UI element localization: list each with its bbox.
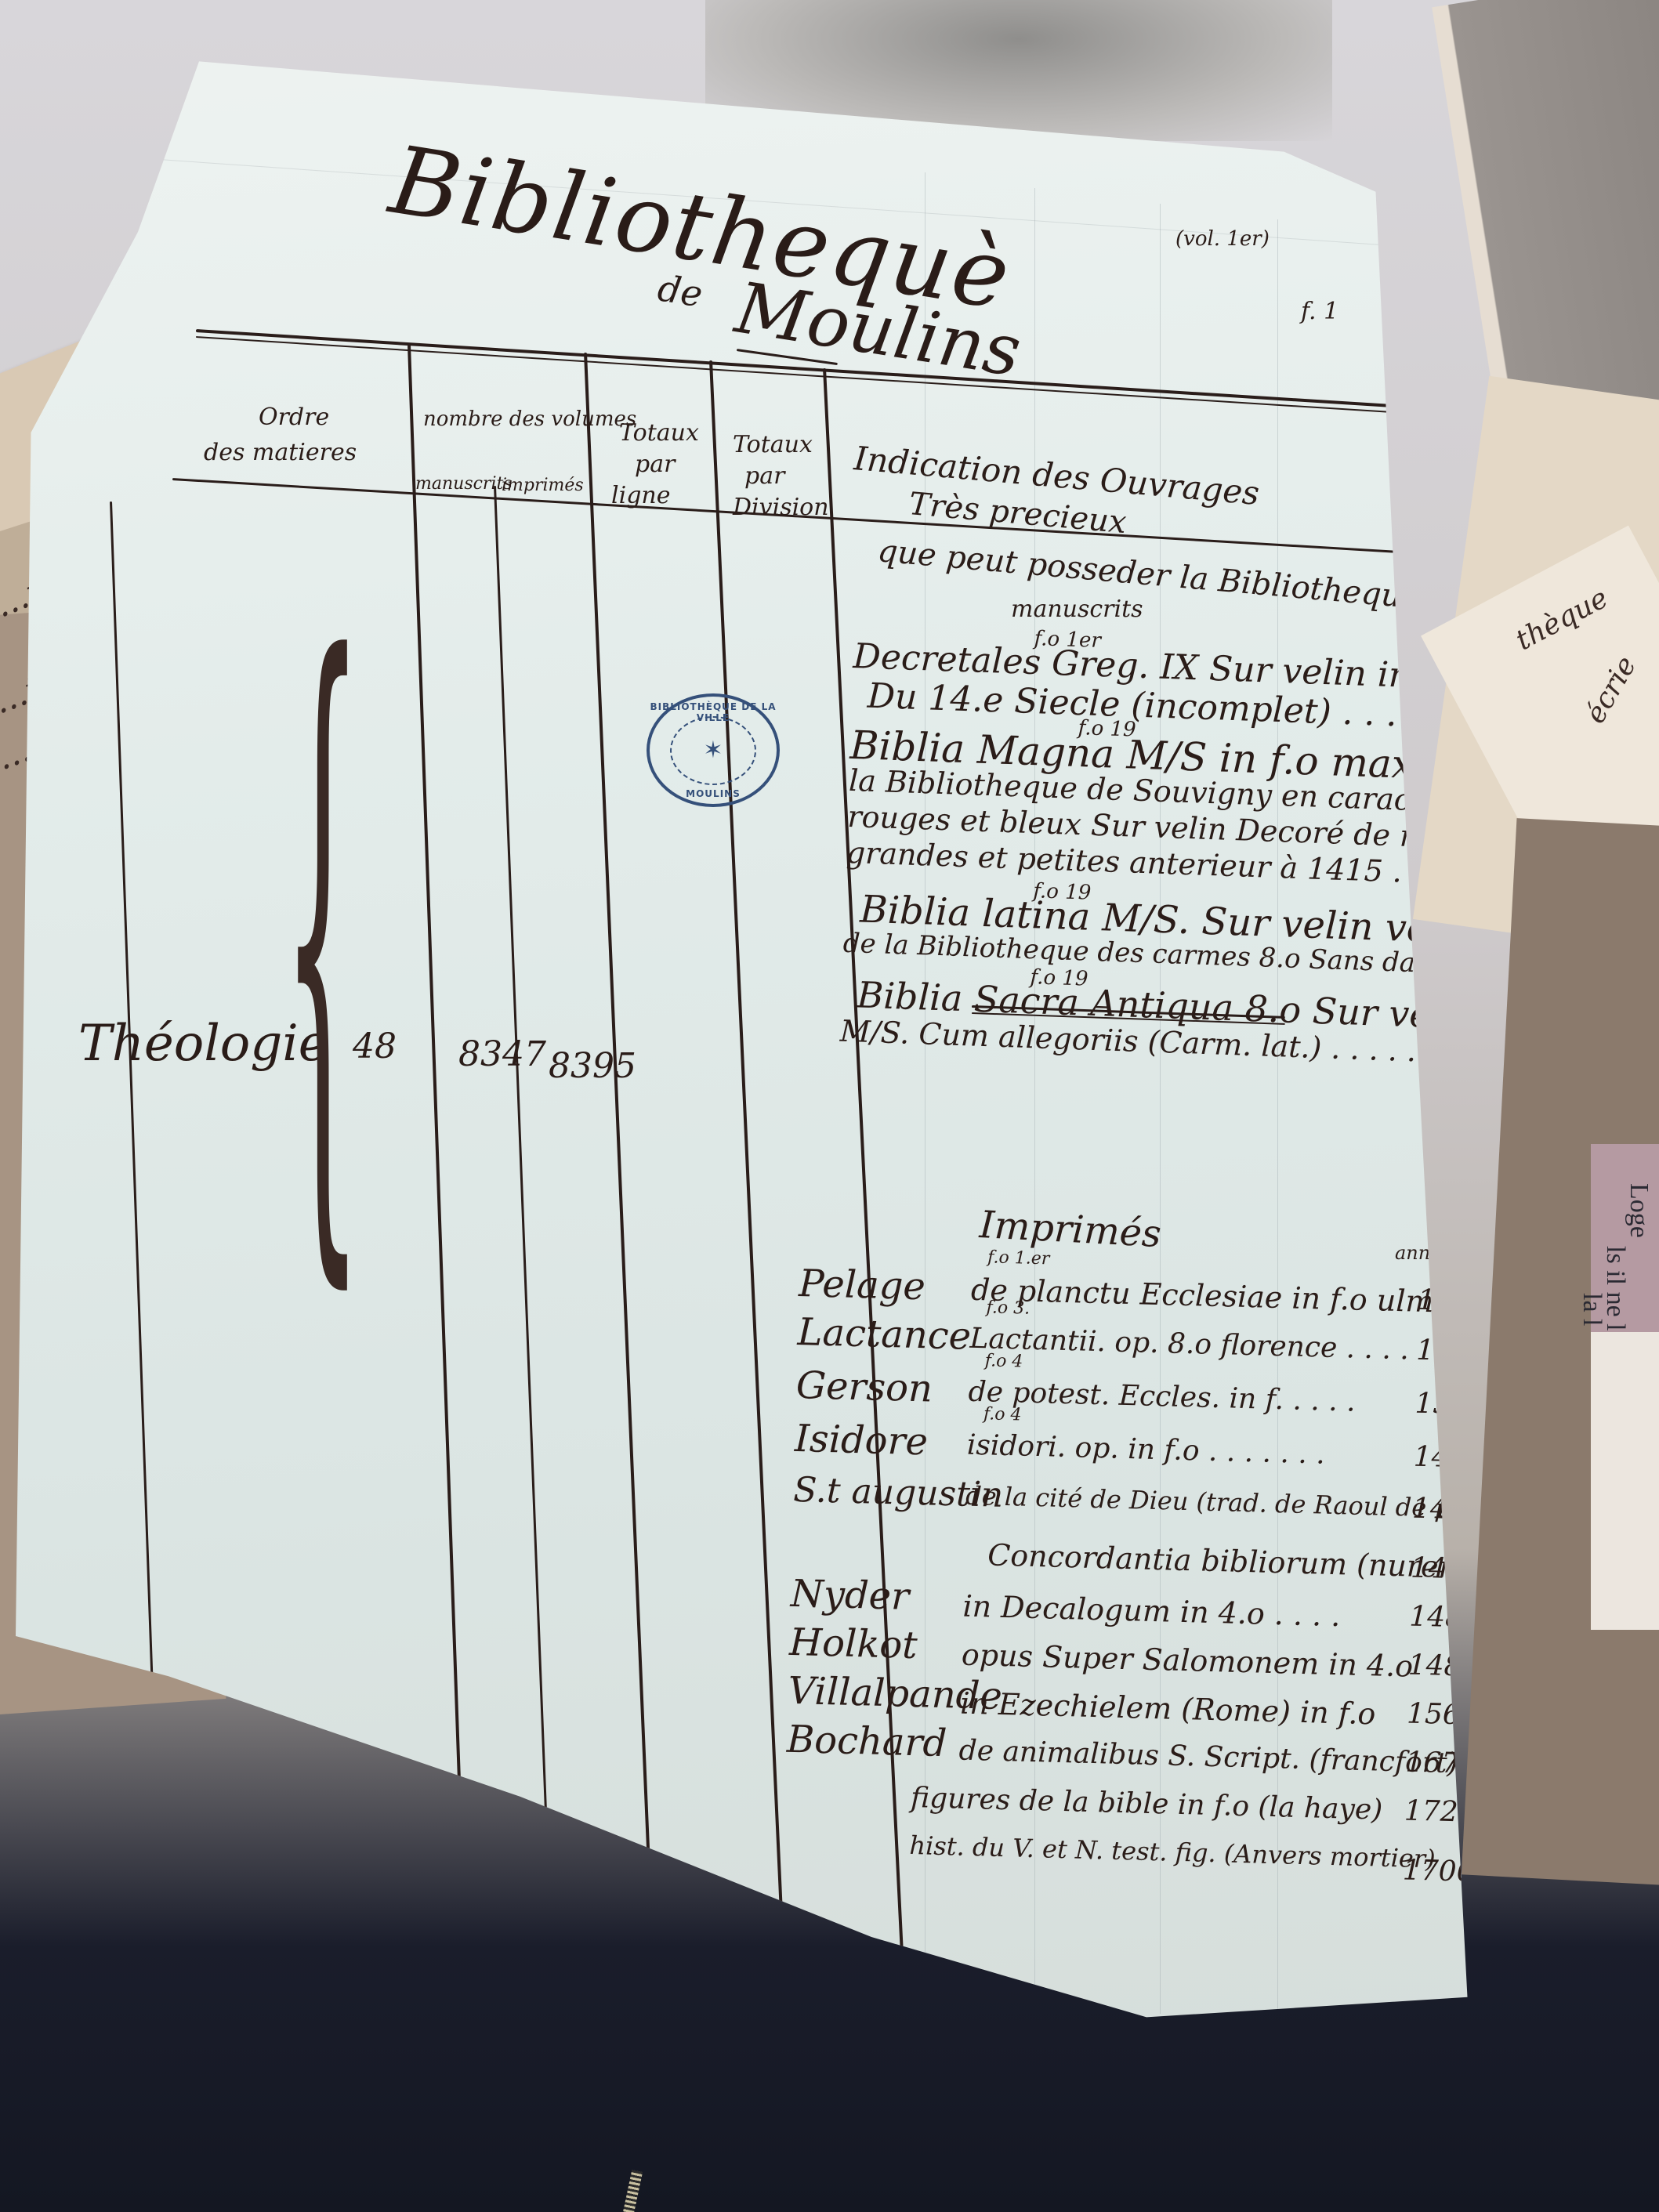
header-imprimes: imprimés [502, 476, 584, 495]
header-nombre-des-volumes: nombre des volumes [423, 407, 636, 431]
brace: { [282, 580, 363, 1285]
header-des-matieres: des matieres [204, 439, 357, 466]
author: Pelage [799, 1262, 926, 1309]
year: 1474 [1417, 1284, 1490, 1318]
background-paper-right [1591, 1332, 1659, 1630]
count-manuscrits: 48 [353, 1026, 397, 1066]
total-ligne: 8395 [549, 1046, 636, 1086]
column-rule [494, 486, 553, 1974]
imprimes-list: Pelage f.o 1.er de planctu Ecclesiae in … [783, 1262, 1504, 1895]
zipper [622, 2170, 643, 2212]
column-rule [584, 353, 654, 1965]
header-totaux-ligne: Totaux [619, 419, 699, 447]
years-label: années [1395, 1242, 1462, 1264]
folio-annotation: f. 1 [1301, 298, 1338, 325]
volume-count: 2 [1415, 703, 1433, 735]
title-prefix: de [655, 266, 705, 315]
volume-count: 1 [1422, 950, 1440, 982]
title: de planctu Ecclesiae in f.o ulme [971, 1273, 1452, 1320]
stamp-star-icon: ✶ [703, 737, 723, 764]
column-rule [709, 360, 786, 1981]
volume-annotation: (vol. 1er) [1175, 227, 1270, 251]
manuscrits-list: f.o 1er Decretales Greg. IX Sur velin in… [839, 627, 1465, 1071]
column-rule [408, 345, 468, 1974]
library-stamp: BIBLIOTHÈQUE DE LA VILLE ✶ MOULINS [647, 693, 780, 807]
header-manuscrits: manuscrits [415, 474, 513, 494]
margin-rule [110, 501, 160, 1864]
document-sheet: Bibliothequè de Moulins (vol. 1er) f. 1 … [16, 31, 1544, 2037]
list-item: f.o 19 Biblia Magna M/S in f.o max. vena… [846, 713, 1462, 899]
background-printed-text: la l [1577, 1293, 1606, 1326]
volume-count: 1 [1419, 1036, 1437, 1068]
header-totaux-division: Totaux [733, 431, 813, 458]
header-ordre: Ordre [259, 404, 329, 431]
count-imprimes: 8347 [458, 1034, 546, 1074]
background-printed-text: Loge [1624, 1183, 1654, 1238]
section-manuscrits: manuscrits [1011, 596, 1143, 623]
